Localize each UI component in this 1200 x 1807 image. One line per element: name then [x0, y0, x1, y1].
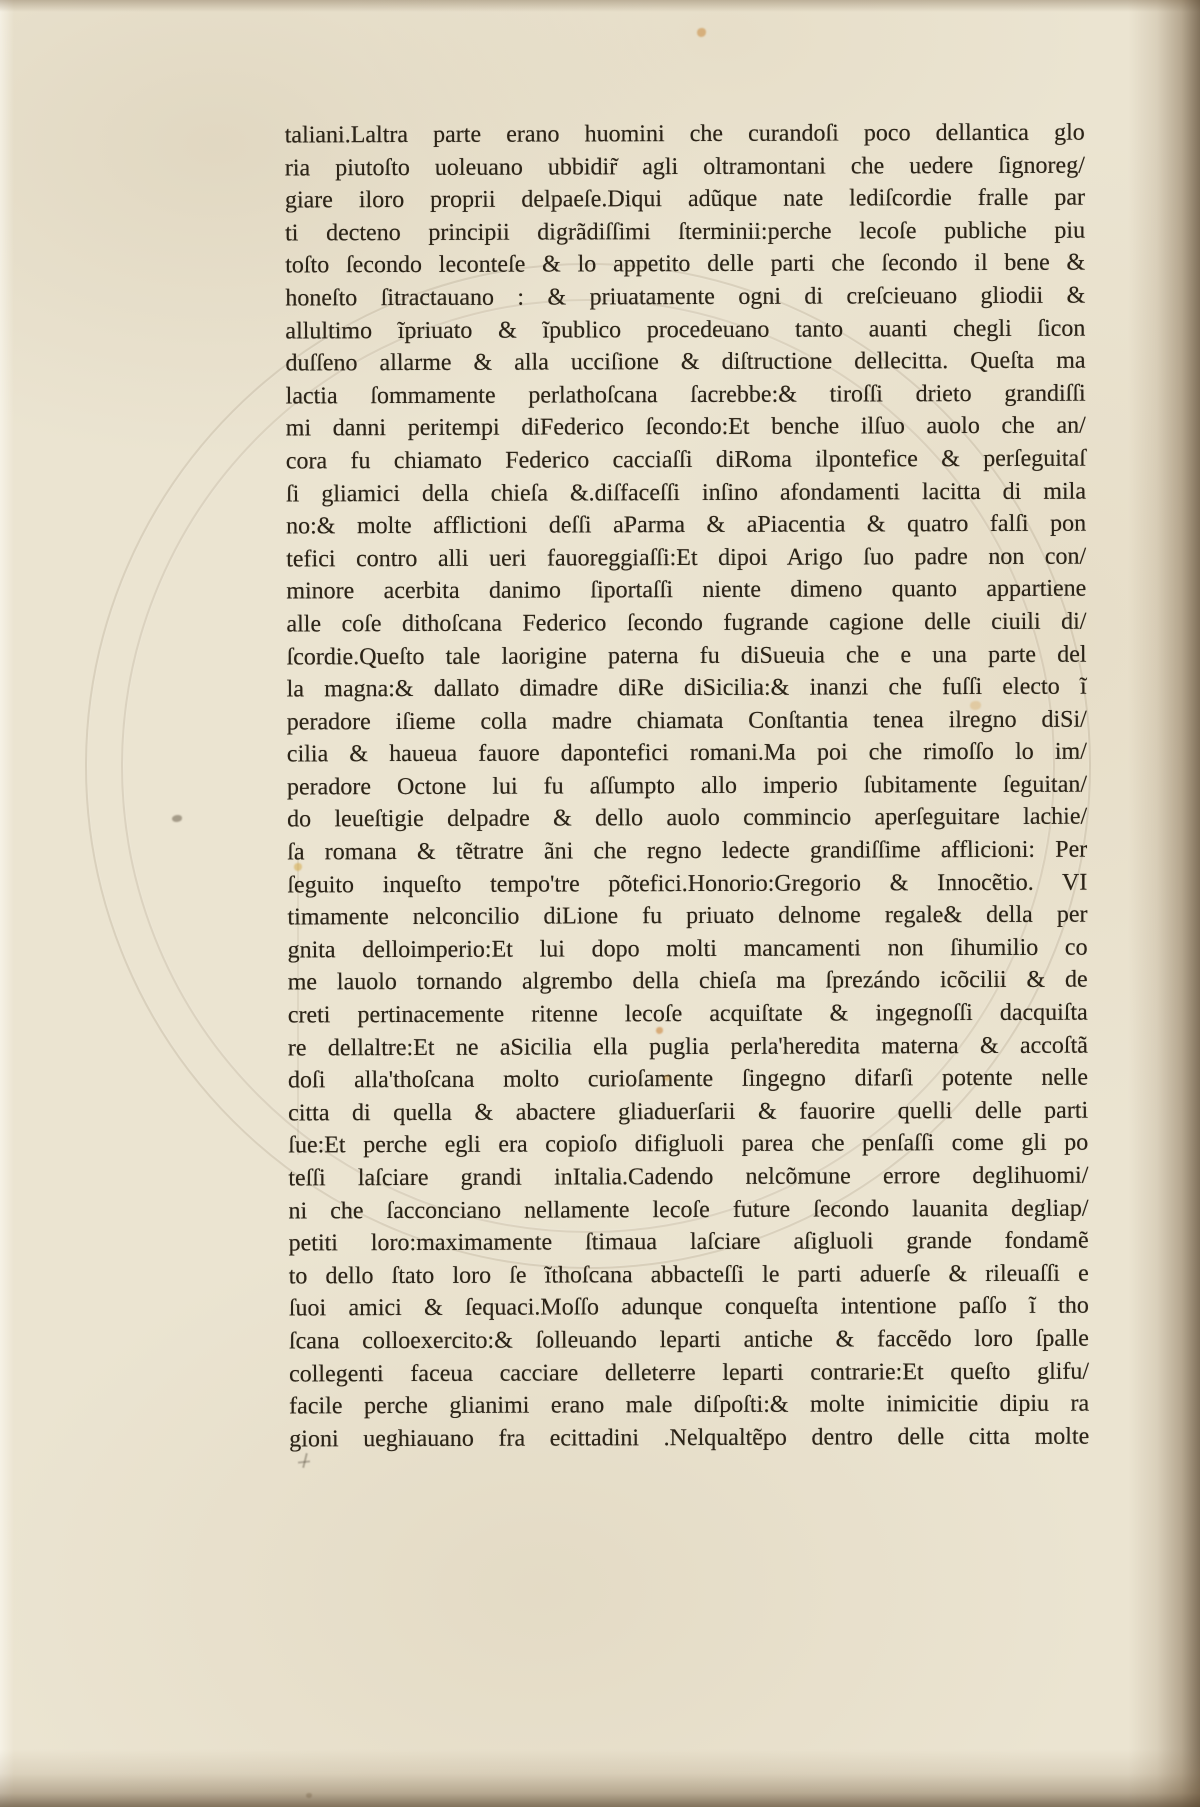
text-line: taliani.Laltra parte erano huomini che c…: [285, 117, 1085, 152]
text-line: duſſeno allarme & alla ucciſione & diſtr…: [285, 345, 1085, 380]
page-text-block: taliani.Laltra parte erano huomini che c…: [285, 117, 1090, 1456]
text-line: me lauolo tornando algrembo della chieſa…: [288, 964, 1088, 999]
text-line: peradore iſieme colla madre chiamata Con…: [287, 703, 1087, 738]
foxing-spot: [697, 28, 706, 37]
text-line: ſcana colloexercito:& ſolleuando leparti…: [289, 1323, 1089, 1358]
text-line: ſeguito inqueſto tempo'tre põtefici.Hono…: [287, 866, 1087, 901]
text-line: no:& molte afflictioni deſſi aParma & aP…: [286, 508, 1086, 543]
page-edge-top: [0, 0, 1200, 12]
text-line: collegenti faceua cacciare delleterre le…: [289, 1355, 1089, 1390]
text-line: ni che ſacconciano nellamente lecoſe fut…: [288, 1192, 1088, 1227]
text-line: cora fu chiamato Federico cacciaſſi diRo…: [286, 443, 1086, 478]
text-line: gnita delloimperio:Et lui dopo molti man…: [288, 931, 1088, 966]
text-line: ſue:Et perche egli era copioſo difigluol…: [288, 1127, 1088, 1162]
text-line: re dellaltre:Et ne aSicilia ella puglia …: [288, 1029, 1088, 1064]
text-line: citta di quella & abactere gliaduerſarii…: [288, 1094, 1088, 1129]
text-line: honeſto ſitractauano : & priuatamente og…: [285, 280, 1085, 315]
text-line: creti pertinacemente ritenne lecoſe acqu…: [288, 997, 1088, 1032]
text-line: alle coſe dithoſcana Federico ſecondo fu…: [286, 606, 1086, 641]
text-line: ſcordie.Queſto tale laorigine paterna fu…: [286, 638, 1086, 673]
text-line: ſi gliamici della chieſa &.diſfaceſſi in…: [286, 475, 1086, 510]
margin-pen-mark: [298, 1453, 311, 1468]
text-line: ſuoi amici & ſequaci.Moſſo adunque conqu…: [289, 1290, 1089, 1325]
page-edge-shadow-right: [1128, 0, 1200, 1807]
page-edge-left: [0, 0, 14, 1807]
text-line: ria piutoſto uoleuano ubbidir̃ agli oltr…: [285, 149, 1085, 184]
text-line: minore acerbita danimo ſiportaſſi niente…: [286, 573, 1086, 608]
text-line: cilia & haueua fauore dapontefici romani…: [287, 736, 1087, 771]
page-edge-shadow-bottom: [0, 1749, 1200, 1807]
text-line: lactia ſommamente perlathoſcana ſacrebbe…: [286, 377, 1086, 412]
text-line: to dello ſtato loro ſe ĩthoſcana abbacte…: [289, 1257, 1089, 1292]
text-line: timamente nelconcilio diLione fu priuato…: [287, 899, 1087, 934]
text-line: mi danni peritempi diFederico ſecondo:Et…: [286, 410, 1086, 445]
text-line: gioni ueghiauano fra ecittadini .Nelqual…: [289, 1420, 1089, 1455]
text-line: la magna:& dallato dimadre diRe diSicili…: [287, 671, 1087, 706]
text-line: do leueſtigie delpadre & dello auolo com…: [287, 801, 1087, 836]
text-line: tefici contro alli ueri fauoreggiaſſi:Et…: [286, 540, 1086, 575]
text-line: ti decteno principii digrãdiſſimi ſtermi…: [285, 214, 1085, 249]
text-line: doſi alla'thoſcana molto curioſamente ſi…: [288, 1062, 1088, 1097]
text-line: toſto ſecondo leconteſe & lo appetito de…: [285, 247, 1085, 282]
book-page-scan: taliani.Laltra parte erano huomini che c…: [0, 0, 1200, 1807]
text-line: giare iloro proprii delpaeſe.Diqui adũqu…: [285, 182, 1085, 217]
text-line: ſa romana & tẽtratre ãni che regno ledec…: [287, 834, 1087, 869]
text-line: facile perche glianimi erano male diſpoſ…: [289, 1388, 1089, 1423]
text-line: allultimo ĩpriuato & ĩpublico procedeuan…: [285, 312, 1085, 347]
text-line: petiti loro:maximamente ſtimaua laſciare…: [289, 1225, 1089, 1260]
text-line: peradore Octone lui fu aſſumpto allo imp…: [287, 768, 1087, 803]
text-line: teſſi laſciare grandi inItalia.Cadendo n…: [288, 1160, 1088, 1195]
